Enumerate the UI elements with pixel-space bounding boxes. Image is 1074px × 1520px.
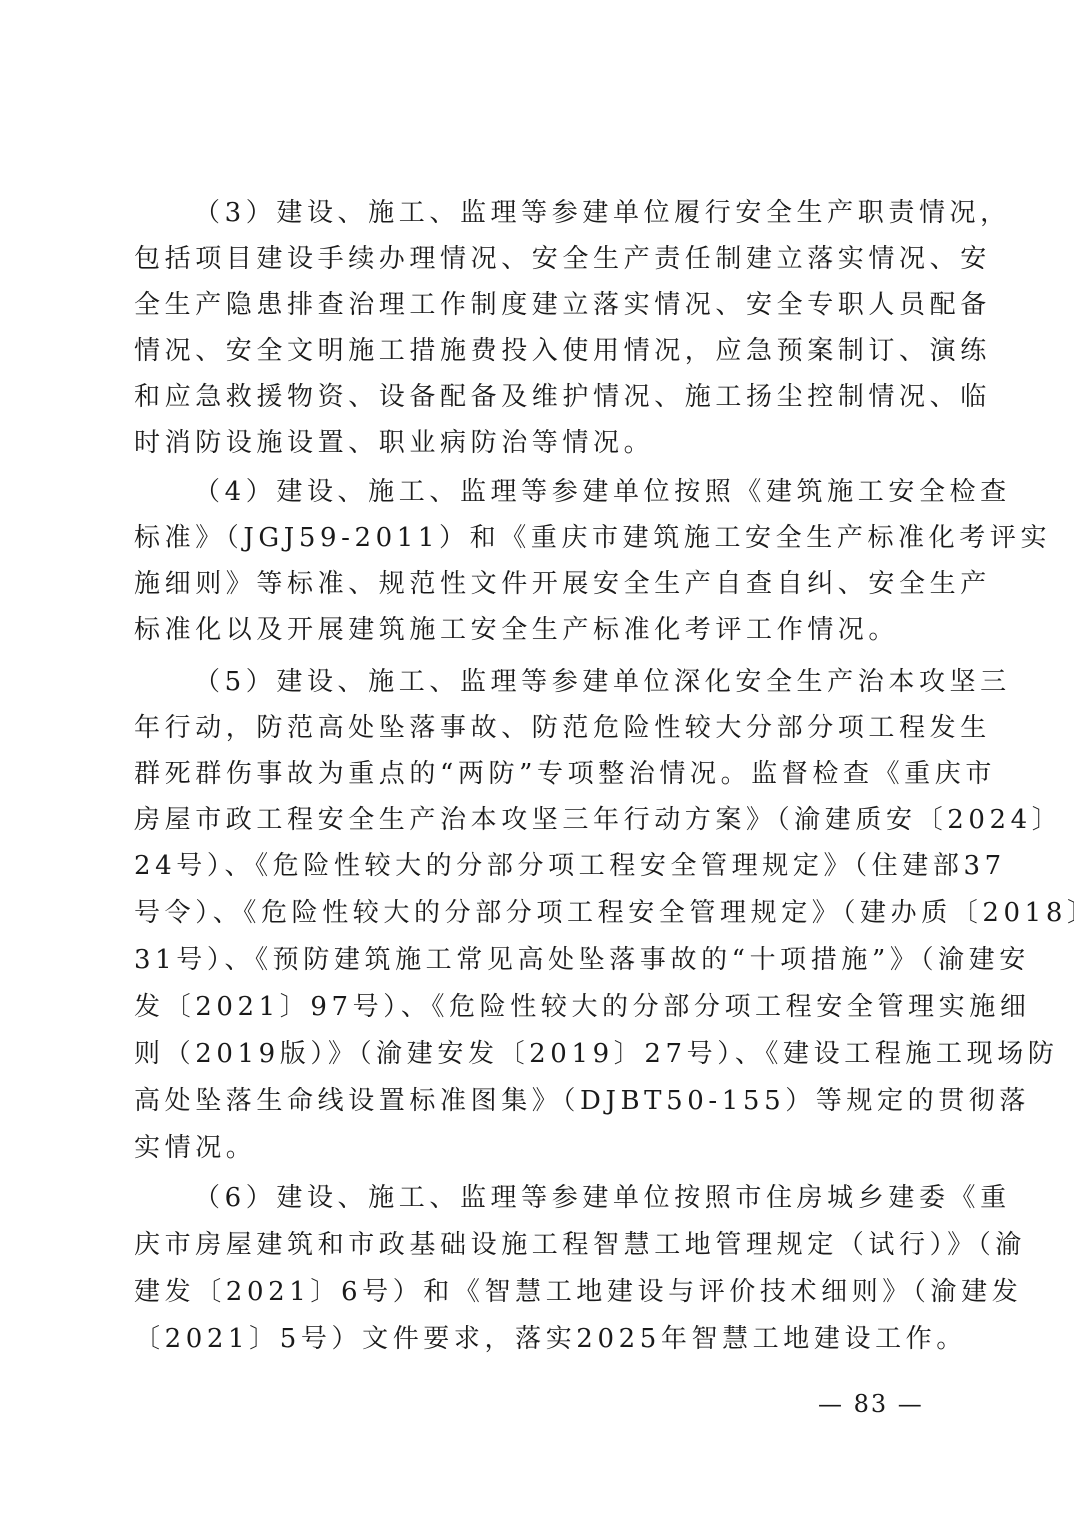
text-line: 〔2021〕5号）文件要求，落实2025年智慧工地建设工作。	[134, 1319, 946, 1359]
text-line: （6）建设、施工、监理等参建单位按照市住房城乡建委《重	[194, 1178, 946, 1218]
text-line: （5）建设、施工、监理等参建单位深化安全生产治本攻坚三	[194, 662, 946, 702]
text-line: 施细则》等标准、规范性文件开展安全生产自查自纠、安全生产	[134, 564, 946, 604]
text-line: （4）建设、施工、监理等参建单位按照《建筑施工安全检查	[194, 472, 946, 512]
text-line: 情况、安全文明施工措施费投入使用情况，应急预案制订、演练	[134, 331, 946, 371]
text-line: 庆市房屋建筑和市政基础设施工程智慧工地管理规定（试行）》（渝	[134, 1225, 946, 1265]
text-line: 31号）、《预防建筑施工常见高处坠落事故的“十项措施”》（渝建安	[134, 940, 946, 980]
text-line: 群死群伤事故为重点的“两防”专项整治情况。监督检查《重庆市	[134, 754, 946, 794]
text-line: 发〔2021〕97号）、《危险性较大的分部分项工程安全管理实施细	[134, 987, 946, 1027]
text-line: 时消防设施设置、职业病防治等情况。	[134, 423, 946, 463]
text-line: 房屋市政工程安全生产治本攻坚三年行动方案》（渝建质安〔2024〕	[134, 800, 946, 840]
text-line: （3）建设、施工、监理等参建单位履行安全生产职责情况，	[194, 193, 946, 233]
text-line: 24号）、《危险性较大的分部分项工程安全管理规定》（住建部37	[134, 846, 946, 886]
text-line: 高处坠落生命线设置标准图集》（DJBT50-155）等规定的贯彻落	[134, 1081, 946, 1121]
page-number: — 83 —	[818, 1386, 924, 1422]
text-line: 包括项目建设手续办理情况、安全生产责任制建立落实情况、安	[134, 239, 946, 279]
text-line: 则（2019版）》（渝建安发〔2019〕27号）、《建设工程施工现场防	[134, 1034, 946, 1074]
document-page: （3）建设、施工、监理等参建单位履行安全生产职责情况， 包括项目建设手续办理情况…	[0, 0, 1074, 1520]
text-line: 建发〔2021〕6号）和《智慧工地建设与评价技术细则》（渝建发	[134, 1272, 946, 1312]
text-line: 标准化以及开展建筑施工安全生产标准化考评工作情况。	[134, 610, 946, 650]
text-line: 年行动，防范高处坠落事故、防范危险性较大分部分项工程发生	[134, 708, 946, 748]
text-line: 号令）、《危险性较大的分部分项工程安全管理规定》（建办质〔2018〕	[134, 893, 946, 933]
text-line: 实情况。	[134, 1128, 946, 1168]
text-line: 标准》（JGJ59-2011）和《重庆市建筑施工安全生产标准化考评实	[134, 518, 946, 558]
text-line: 和应急救援物资、设备配备及维护情况、施工扬尘控制情况、临	[134, 377, 946, 417]
text-line: 全生产隐患排查治理工作制度建立落实情况、安全专职人员配备	[134, 285, 946, 325]
